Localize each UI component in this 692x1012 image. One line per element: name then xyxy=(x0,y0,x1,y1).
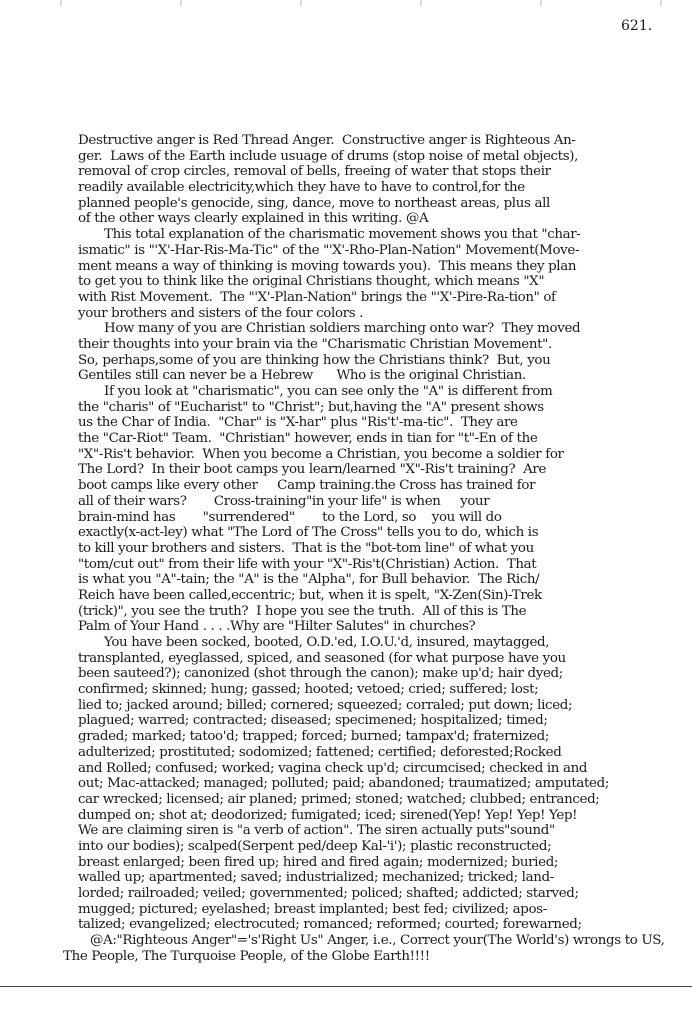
text-line: to kill your brothers and sisters. That … xyxy=(78,541,678,557)
text-line: "X"-Ris't behavior. When you become a Ch… xyxy=(78,447,678,463)
text-line: ismatic" is "'X'-Har-Ris-Ma-Tic" of the … xyxy=(78,243,678,259)
document-body: Destructive anger is Red Thread Anger. C… xyxy=(78,133,678,980)
text-line: with Rist Movement. The "'X'-Plan-Nation… xyxy=(78,290,678,306)
text-line: of the other ways clearly explained in t… xyxy=(78,211,678,227)
text-line: exactly(x-act-ley) what "The Lord of The… xyxy=(78,525,678,541)
text-line: transplanted, eyeglassed, spiced, and se… xyxy=(78,651,678,667)
scan-artifact-top xyxy=(0,0,692,6)
text-line: car wrecked; licensed; air planed; prime… xyxy=(78,792,678,808)
text-line: @A:"Righteous Anger"='s'Right Us" Anger,… xyxy=(78,933,678,949)
text-line: walled up; apartmented; saved; industria… xyxy=(78,870,678,886)
text-line: Reich have been called,eccentric; but, w… xyxy=(78,588,678,604)
text-line: their thoughts into your brain via the "… xyxy=(78,337,678,353)
text-line: breast enlarged; been fired up; hired an… xyxy=(78,855,678,871)
page-number: 621. xyxy=(621,18,652,34)
text-line: The Lord? In their boot camps you learn/… xyxy=(78,462,678,478)
text-line: dumped on; shot at; deodorized; fumigate… xyxy=(78,808,678,824)
paragraph-start: If you look at "charismatic", you can se… xyxy=(78,384,678,400)
text-line: Destructive anger is Red Thread Anger. C… xyxy=(78,133,678,149)
text-line: boot camps like every other Camp trainin… xyxy=(78,478,678,494)
text-line: and Rolled; confused; worked; vagina che… xyxy=(78,761,678,777)
text-line: So, perhaps,some of you are thinking how… xyxy=(78,353,678,369)
text-line: adulterized; prostituted; sodomized; fat… xyxy=(78,745,678,761)
footnote-line xyxy=(78,964,678,980)
text-line: the "charis" of "Eucharist" to "Christ";… xyxy=(78,400,678,416)
text-line: to get you to think like the original Ch… xyxy=(78,274,678,290)
text-line: We are claiming siren is "a verb of acti… xyxy=(78,823,678,839)
text-line: is what you "A"-tain; the "A" is the "Al… xyxy=(78,572,678,588)
text-line: your brothers and sisters of the four co… xyxy=(78,306,678,322)
text-line: ment means a way of thinking is moving t… xyxy=(78,259,678,275)
text-line: talized; evangelized; electrocuted; roma… xyxy=(78,917,678,933)
paragraph-start: How many of you are Christian soldiers m… xyxy=(78,321,678,337)
text-line: removal of crop circles, removal of bell… xyxy=(78,164,678,180)
footnote-line: The People, The Turquoise People, of the… xyxy=(63,949,678,965)
text-line: brain-mind has "surrendered" to the Lord… xyxy=(78,510,678,526)
text-line: out; Mac-attacked; managed; polluted; pa… xyxy=(78,776,678,792)
text-line: (trick)", you see the truth? I hope you … xyxy=(78,604,678,620)
text-line: confirmed; skinned; hung; gassed; hooted… xyxy=(78,682,678,698)
text-line: into our bodies); scalped(Serpent ped/de… xyxy=(78,839,678,855)
text-line: us the Char of India. "Char" is "X-har" … xyxy=(78,415,678,431)
text-line: Palm of Your Hand . . . .Why are "Hilter… xyxy=(78,619,678,635)
text-line: "tom/cut out" from their life with your … xyxy=(78,557,678,573)
paragraph-start: This total explanation of the charismati… xyxy=(78,227,678,243)
text-line: readily available electricity,which they… xyxy=(78,180,678,196)
text-line: Gentiles still can never be a Hebrew Who… xyxy=(78,368,678,384)
text-line: all of their wars? Cross-training"in you… xyxy=(78,494,678,510)
text-line: lied to; jacked around; billed; cornered… xyxy=(78,698,678,714)
text-line: mugged; pictured; eyelashed; breast impl… xyxy=(78,902,678,918)
text-line: the "Car-Riot" Team. "Christian" however… xyxy=(78,431,678,447)
text-line: ger. Laws of the Earth include usuage of… xyxy=(78,149,678,165)
bottom-rule xyxy=(0,986,692,987)
text-line: planned people's genocide, sing, dance, … xyxy=(78,196,678,212)
text-line: plagued; warred; contracted; diseased; s… xyxy=(78,713,678,729)
text-line: been sauteed?); canonized (shot through … xyxy=(78,666,678,682)
text-line: lorded; railroaded; veiled; governmented… xyxy=(78,886,678,902)
text-line: graded; marked; tatoo'd; trapped; forced… xyxy=(78,729,678,745)
paragraph-start: You have been socked, booted, O.D.'ed, I… xyxy=(78,635,678,651)
